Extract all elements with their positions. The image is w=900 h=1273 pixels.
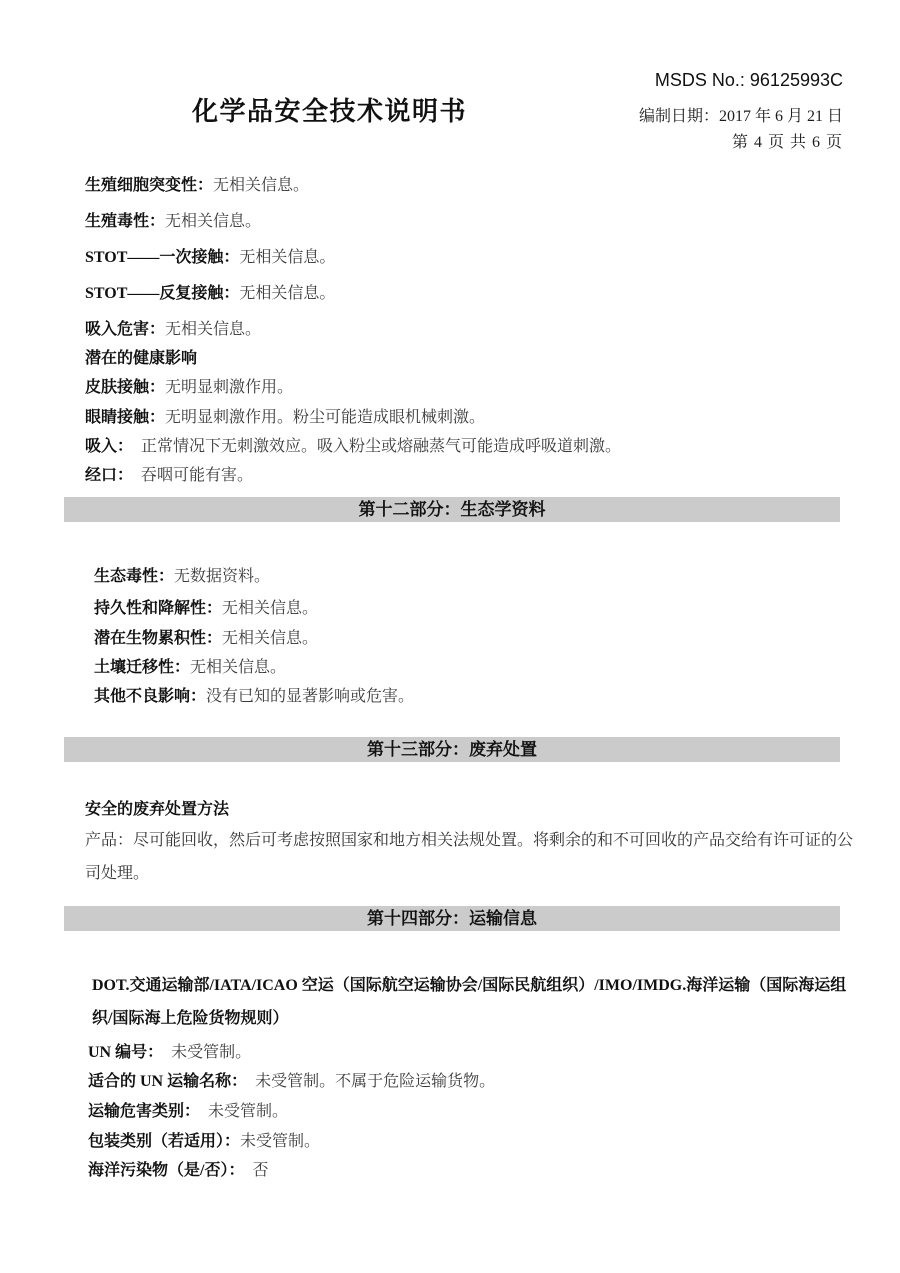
row-value: 未受管制。	[240, 1133, 320, 1150]
row-value: 无相关信息。	[239, 249, 335, 266]
row-label: 包装类别（若适用）：	[88, 1133, 240, 1150]
row-value: 无相关信息。	[222, 600, 318, 617]
doc-row: 生殖细胞突变性：无相关信息。	[85, 176, 309, 196]
row-label: 适合的 UN 运输名称：	[88, 1073, 247, 1090]
row-value: 无明显刺激作用。	[165, 379, 293, 396]
doc-row: 包装类别（若适用）：未受管制。	[88, 1132, 320, 1152]
doc-row: 吸入危害：无相关信息。	[85, 320, 261, 340]
row-value: 正常情况下无刺激效应。吸入粉尘或熔融蒸气可能造成呼吸道刺激。	[133, 438, 621, 455]
transport-intro: DOT.交通运输部/IATA/ICAO 空运（国际航空运输协会/国际民航组织）/…	[92, 969, 854, 1035]
row-label: 生殖细胞突变性：	[85, 177, 213, 194]
row-value: 没有已知的显著影响或危害。	[206, 688, 414, 705]
row-label: STOT——反复接触：	[85, 285, 239, 302]
row-value: 无数据资料。	[174, 568, 270, 585]
row-value: 无相关信息。	[190, 659, 286, 676]
row-value: 未受管制。不属于危险运输货物。	[247, 1073, 495, 1090]
row-value: 吞咽可能有害。	[133, 467, 253, 484]
doc-row: 运输危害类别： 未受管制。	[88, 1102, 288, 1122]
row-label: 吸入危害：	[85, 321, 165, 338]
doc-row: 生态毒性：无数据资料。	[94, 567, 270, 587]
doc-row: 海洋污染物（是/否）： 否	[88, 1161, 268, 1181]
row-label: STOT——一次接触：	[85, 249, 239, 266]
row-value: 无相关信息。	[239, 285, 335, 302]
doc-row: 生殖毒性：无相关信息。	[85, 212, 261, 232]
row-label: 经口：	[85, 467, 133, 484]
row-label: 其他不良影响：	[94, 688, 206, 705]
disposal-paragraph: 产品：尽可能回收，然后可考虑按照国家和地方相关法规处置。将剩余的和不可回收的产品…	[85, 824, 853, 890]
row-label: 土壤迁移性：	[94, 659, 190, 676]
doc-row: STOT——反复接触：无相关信息。	[85, 284, 335, 304]
row-value: 无相关信息。	[213, 177, 309, 194]
row-label: 生态毒性：	[94, 568, 174, 585]
row-value: 无相关信息。	[165, 213, 261, 230]
doc-row: 吸入： 正常情况下无刺激效应。吸入粉尘或熔融蒸气可能造成呼吸道刺激。	[85, 437, 621, 457]
doc-row: 潜在的健康影响	[85, 349, 197, 369]
doc-row: 持久性和降解性：无相关信息。	[94, 599, 318, 619]
row-value: 无相关信息。	[222, 630, 318, 647]
row-label: UN 编号：	[88, 1044, 163, 1061]
doc-row: 皮肤接触：无明显刺激作用。	[85, 378, 293, 398]
row-label: 生殖毒性：	[85, 213, 165, 230]
disposal-subtitle: 安全的废弃处置方法	[85, 800, 229, 820]
row-value: 无相关信息。	[165, 321, 261, 338]
doc-row: 眼睛接触：无明显刺激作用。粉尘可能造成眼机械刺激。	[85, 408, 485, 428]
row-value: 无明显刺激作用。粉尘可能造成眼机械刺激。	[165, 409, 485, 426]
page-title: 化学品安全技术说明书	[192, 91, 467, 128]
doc-row: 经口： 吞咽可能有害。	[85, 466, 253, 486]
row-label: 潜在生物累积性：	[94, 630, 222, 647]
row-label: 潜在的健康影响	[85, 350, 197, 367]
row-value: 未受管制。	[163, 1044, 251, 1061]
msds-number: MSDS No.: 96125993C	[655, 70, 843, 91]
doc-row: 潜在生物累积性：无相关信息。	[94, 629, 318, 649]
doc-row: 土壤迁移性：无相关信息。	[94, 658, 286, 678]
row-label: 运输危害类别：	[88, 1103, 200, 1120]
doc-row: STOT——一次接触：无相关信息。	[85, 248, 335, 268]
section-header-14: 第十四部分：运输信息	[64, 906, 840, 931]
doc-row: UN 编号： 未受管制。	[88, 1043, 251, 1063]
doc-row: 其他不良影响：没有已知的显著影响或危害。	[94, 687, 414, 707]
section-header-12: 第十二部分：生态学资料	[64, 497, 840, 522]
row-label: 持久性和降解性：	[94, 600, 222, 617]
row-label: 海洋污染物（是/否）：	[88, 1162, 244, 1179]
row-label: 皮肤接触：	[85, 379, 165, 396]
msds-document-page: MSDS No.: 96125993C 化学品安全技术说明书 编制日期：2017…	[0, 0, 900, 1273]
row-value: 否	[244, 1162, 268, 1179]
section-header-13: 第十三部分：废弃处置	[64, 737, 840, 762]
row-label: 吸入：	[85, 438, 133, 455]
page-number: 第 4 页 共 6 页	[732, 129, 843, 152]
compile-date: 编制日期：2017 年 6 月 21 日	[639, 103, 843, 126]
doc-row: 适合的 UN 运输名称： 未受管制。不属于危险运输货物。	[88, 1072, 495, 1092]
row-value: 未受管制。	[200, 1103, 288, 1120]
row-label: 眼睛接触：	[85, 409, 165, 426]
